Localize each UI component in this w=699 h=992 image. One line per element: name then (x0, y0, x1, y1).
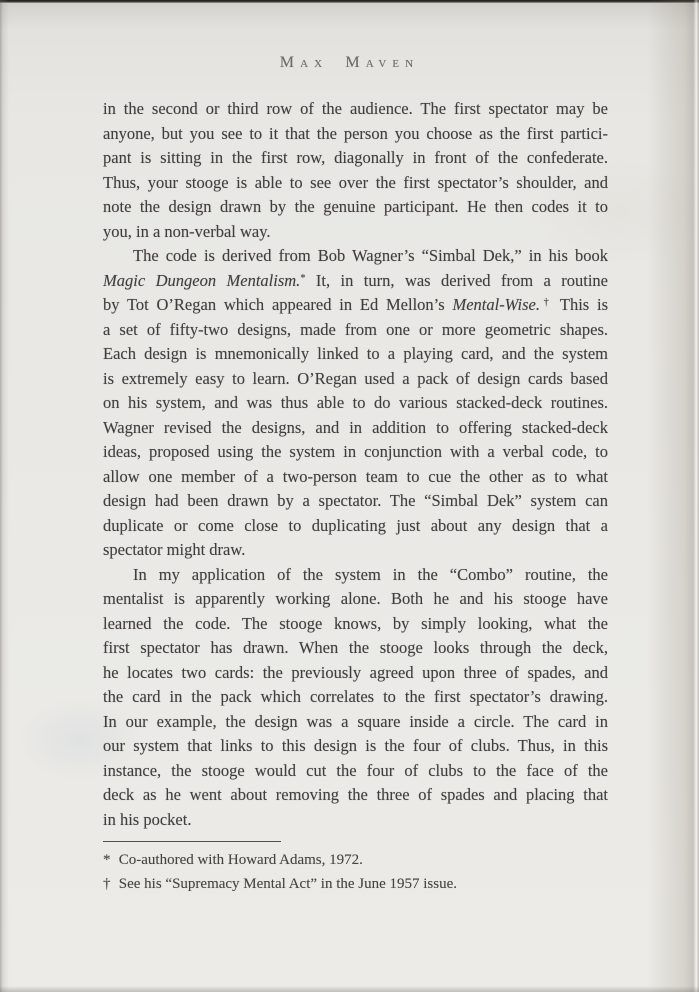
footnote: † See his “Supremacy Mental Act” in the … (103, 873, 608, 897)
text-line: on his system, and was thus able to do v… (103, 391, 608, 416)
page-edge-right-shadow (647, 0, 699, 992)
page-edge-left (0, 0, 9, 992)
text-line: note the design drawn by the genuine par… (103, 195, 608, 220)
text-line: learned the code. The stooge knows, by s… (103, 612, 608, 637)
book-page: Max Maven in the second or third row of … (0, 0, 699, 992)
text-line: anyone, but you see to it that the perso… (103, 122, 608, 147)
text-line: In our example, the design was a square … (103, 710, 608, 735)
footnote-marker: † (103, 873, 115, 897)
text-line: is extremely easy to learn. O’Regan used… (103, 367, 608, 392)
footnote-marker: * (103, 849, 115, 873)
text-line: spectator might draw. (103, 538, 608, 563)
text-line: Each design is mnemonically linked to a … (103, 342, 608, 367)
text-line: first spectator has drawn. When the stoo… (103, 636, 608, 661)
footnotes: * Co-authored with Howard Adams, 1972.† … (103, 849, 608, 896)
footnote-text: Co-authored with Howard Adams, 1972. (115, 852, 363, 868)
text-line: The code is derived from Bob Wagner’s “S… (103, 244, 608, 269)
text-line: deck as he went about removing the three… (103, 783, 608, 808)
text-block: in the second or third row of the audien… (103, 97, 608, 896)
text-line: Wagner revised the designs, and in addit… (103, 416, 608, 441)
page-edge-top-shadow (0, 3, 699, 29)
text-line: in his pocket. (103, 808, 608, 833)
text-line: Magic Dungeon Mentalism.* It, in turn, w… (103, 269, 608, 294)
footnote: * Co-authored with Howard Adams, 1972. (103, 849, 608, 873)
footnote-separator (103, 841, 281, 842)
text-line: instance, the stooge would cut the four … (103, 759, 608, 784)
running-head: Max Maven (0, 54, 699, 72)
text-line: our system that links to this design is … (103, 734, 608, 759)
text-line: In my application of the system in the “… (103, 563, 608, 588)
text-line: duplicate or come close to duplicating j… (103, 514, 608, 539)
footnote-text: See his “Supremacy Mental Act” in the Ju… (115, 876, 457, 892)
text-line: a set of fifty-two designs, made from on… (103, 318, 608, 343)
body-text: in the second or third row of the audien… (103, 97, 608, 832)
text-line: allow one member of a two-person team to… (103, 465, 608, 490)
text-line: Thus, your stooge is able to see over th… (103, 171, 608, 196)
text-line: by Tot O’Regan which appeared in Ed Mell… (103, 293, 608, 318)
text-line: design had been drawn by a spectator. Th… (103, 489, 608, 514)
text-line: pant is sitting in the first row, diagon… (103, 146, 608, 171)
text-line: he locates two cards: the previously agr… (103, 661, 608, 686)
text-line: the card in the pack which correlates to… (103, 685, 608, 710)
text-line: in the second or third row of the audien… (103, 97, 608, 122)
text-line: you, in a non-verbal way. (103, 220, 608, 245)
page-edge-bottom (0, 986, 699, 992)
text-line: ideas, proposed using the system in conj… (103, 440, 608, 465)
text-line: mentalist is apparently working alone. B… (103, 587, 608, 612)
